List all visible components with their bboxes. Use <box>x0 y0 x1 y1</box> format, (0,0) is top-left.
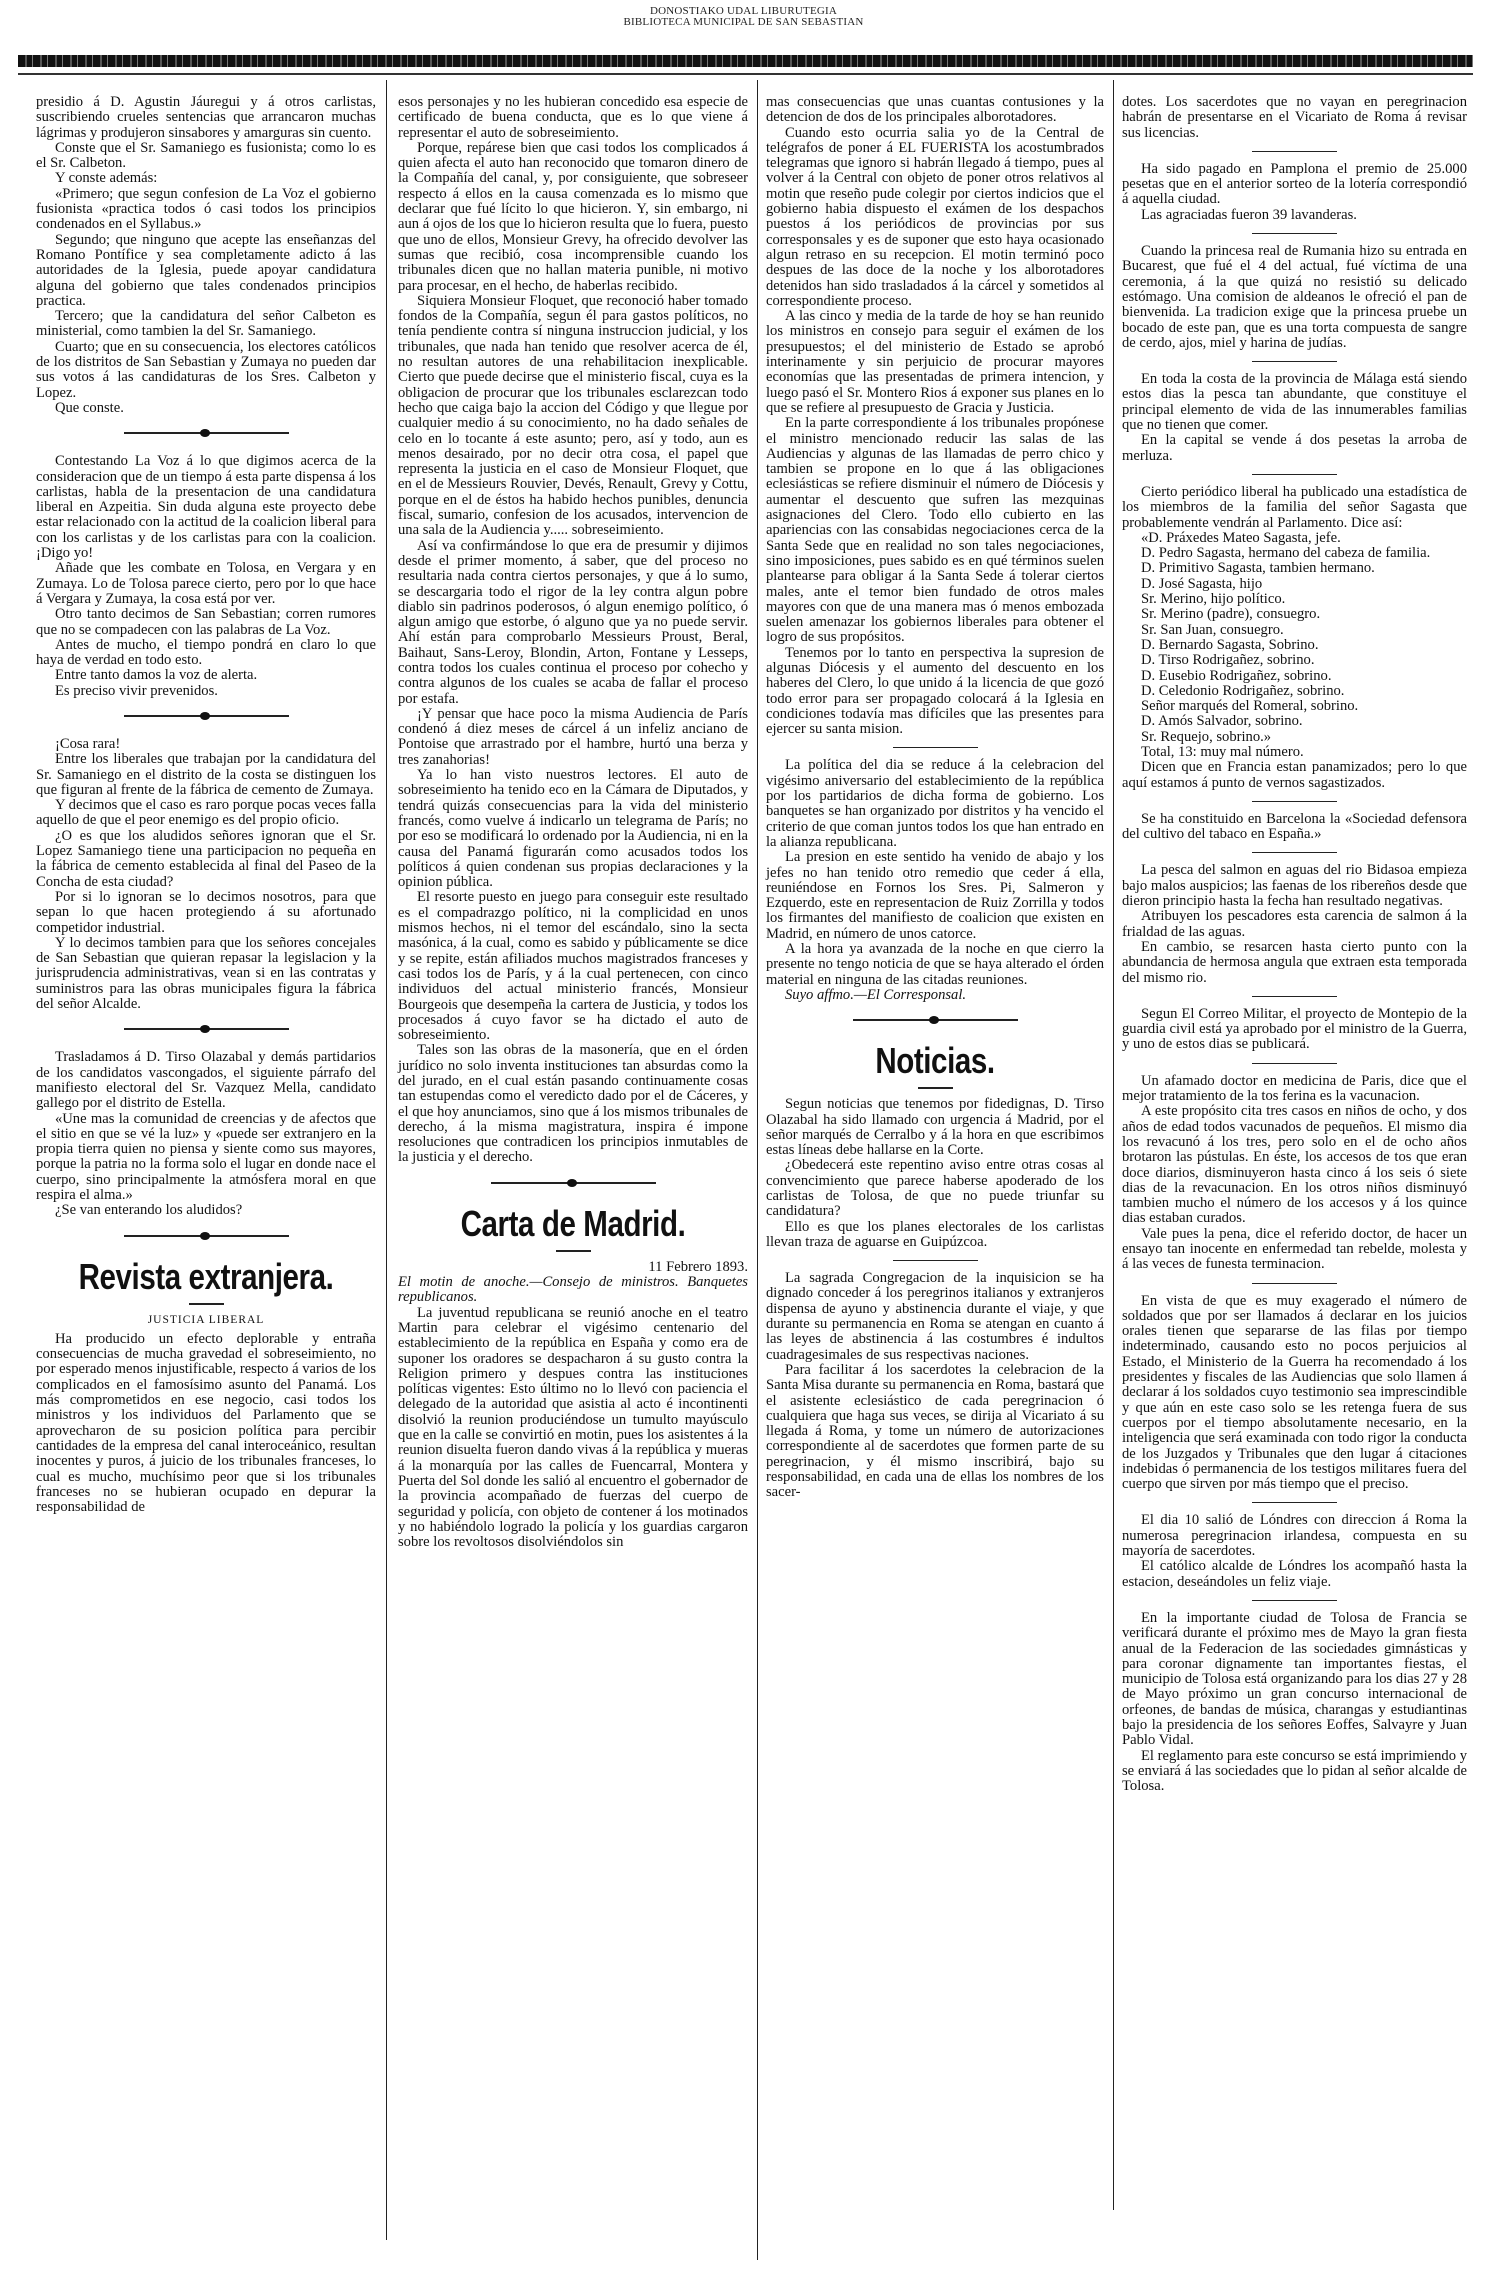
column-2: esos personajes y no les hubieran conced… <box>398 95 748 1550</box>
column-divider-2 <box>757 80 758 2260</box>
column-divider-1 <box>386 80 387 2240</box>
news-paragraph: En toda la costa de la provincia de Mála… <box>1122 372 1467 433</box>
news-paragraph: ¿Obedecerá este repentino aviso entre ot… <box>766 1158 1104 1219</box>
ornamental-divider <box>124 1028 289 1030</box>
article-paragraph: presidio á D. Agustin Jáuregui y á otros… <box>36 95 376 141</box>
library-stamp-spanish: BIBLIOTECA MUNICIPAL DE SAN SEBASTIAN <box>0 17 1487 28</box>
article-paragraph: Siquiera Monsieur Floquet, que reconoció… <box>398 294 748 539</box>
article-paragraph: A la hora ya avanzada de la noche en que… <box>766 942 1104 988</box>
news-paragraph: Ha sido pagado en Pamplona el premio de … <box>1122 162 1467 208</box>
family-list-item: Sr. San Juan, consuegro. <box>1122 623 1467 638</box>
news-paragraph: En la capital se vende á dos pesetas la … <box>1122 433 1467 464</box>
article-paragraph: Contestando La Voz á lo que digimos acer… <box>36 454 376 561</box>
column-4: dotes. Los sacerdotes que no vayan en pe… <box>1122 95 1467 1795</box>
rule-divider <box>1252 1600 1337 1601</box>
column-1: presidio á D. Agustin Jáuregui y á otros… <box>36 95 376 1515</box>
news-paragraph: Cierto periódico liberal ha publicado un… <box>1122 485 1467 531</box>
news-paragraph: El reglamento para este concurso se está… <box>1122 1749 1467 1795</box>
rule-divider <box>1252 151 1337 152</box>
article-paragraph: Cuando esto ocurria salia yo de la Centr… <box>766 126 1104 310</box>
news-paragraph: Ello es que los planes electorales de lo… <box>766 1220 1104 1251</box>
news-paragraph: dotes. Los sacerdotes que no vayan en pe… <box>1122 95 1467 141</box>
article-paragraph: Trasladamos á D. Tirso Olazabal y demás … <box>36 1050 376 1111</box>
family-list-item: D. Bernardo Sagasta, Sobrino. <box>1122 638 1467 653</box>
article-paragraph: Entre tanto damos la voz de alerta. <box>36 668 376 683</box>
rule-divider <box>1252 1063 1337 1064</box>
news-paragraph: El católico alcalde de Lóndres los acomp… <box>1122 1559 1467 1590</box>
news-paragraph: Cuando la princesa real de Rumania hizo … <box>1122 244 1467 351</box>
family-list-item: Sr. Merino (padre), consuegro. <box>1122 607 1467 622</box>
article-paragraph: Y conste además: <box>36 171 376 186</box>
family-list-item: D. Tirso Rodrigañez, sobrino. <box>1122 653 1467 668</box>
section-heading-carta-de-madrid: Carta de Madrid. <box>430 1204 717 1244</box>
article-paragraph: Añade que les combate en Tolosa, en Verg… <box>36 561 376 607</box>
article-paragraph: «Primero; que segun confesion de La Voz … <box>36 187 376 233</box>
letter-signature: Suyo affmo.—El Corresponsal. <box>766 988 1104 1003</box>
section-heading-noticias: Noticias. <box>796 1041 1073 1081</box>
article-paragraph: ¡Y pensar que hace poco la misma Audienc… <box>398 707 748 768</box>
family-list-item: «D. Práxedes Mateo Sagasta, jefe. <box>1122 531 1467 546</box>
family-list-item: D. Celedonio Rodrigañez, sobrino. <box>1122 684 1467 699</box>
ornamental-divider <box>124 432 289 434</box>
article-paragraph: Así va confirmándose lo que era de presu… <box>398 539 748 707</box>
page-header-underline <box>18 73 1473 75</box>
rule-divider <box>1252 233 1337 234</box>
letter-summary: El motin de anoche.—Consejo de ministros… <box>398 1275 748 1306</box>
article-paragraph: mas consecuencias que unas cuantas contu… <box>766 95 1104 126</box>
article-paragraph: Otro tanto decimos de San Sebastian; cor… <box>36 607 376 638</box>
article-paragraph: esos personajes y no les hubieran conced… <box>398 95 748 141</box>
news-paragraph: Segun El Correo Militar, el proyecto de … <box>1122 1007 1467 1053</box>
article-paragraph: La política del dia se reduce á la celeb… <box>766 758 1104 850</box>
ornamental-divider <box>124 715 289 717</box>
news-paragraph: El dia 10 salió de Lóndres con direccion… <box>1122 1513 1467 1559</box>
article-paragraph: Tales son las obras de la masonería, que… <box>398 1043 748 1165</box>
article-paragraph: Tercero; que la candidatura del señor Ca… <box>36 309 376 340</box>
news-paragraph: Dicen que en Francia estan panamizados; … <box>1122 760 1467 791</box>
quotation-paragraph: «Une mas la comunidad de creencias y de … <box>36 1112 376 1204</box>
short-rule <box>189 1303 224 1305</box>
page-header-rule <box>18 55 1473 67</box>
article-paragraph: Conste que el Sr. Samaniego es fusionist… <box>36 141 376 172</box>
news-paragraph: En vista de que es muy exagerado el núme… <box>1122 1294 1467 1493</box>
article-paragraph: Porque, repárese bien que casi todos los… <box>398 141 748 294</box>
article-subheading: JUSTICIA LIBERAL <box>36 1313 376 1328</box>
article-paragraph: Y decimos que el caso es raro porque poc… <box>36 798 376 829</box>
rule-divider <box>1252 801 1337 802</box>
news-paragraph: Segun noticias que tenemos por fidedigna… <box>766 1097 1104 1158</box>
short-rule <box>556 1250 591 1252</box>
news-paragraph: A este propósito cita tres casos en niño… <box>1122 1104 1467 1226</box>
article-paragraph: Ya lo han visto nuestros lectores. El au… <box>398 768 748 890</box>
letter-date: 11 Febrero 1893. <box>398 1260 748 1275</box>
family-list-total: Total, 13: muy mal número. <box>1122 745 1467 760</box>
family-list-item: D. Amós Salvador, sobrino. <box>1122 714 1467 729</box>
news-paragraph: Atribuyen los pescadores esta carencia d… <box>1122 909 1467 940</box>
section-heading-revista-extranjera: Revista extranjera. <box>67 1257 346 1297</box>
article-paragraph: ¿O es que los aludidos señores ignoran q… <box>36 829 376 890</box>
rule-divider <box>1252 1283 1337 1284</box>
news-paragraph: En la importante ciudad de Tolosa de Fra… <box>1122 1611 1467 1749</box>
news-paragraph: Para facilitar á los sacerdotes la celeb… <box>766 1363 1104 1501</box>
article-paragraph: ¡Cosa rara! <box>36 737 376 752</box>
family-list-item: D. Primitivo Sagasta, tambien hermano. <box>1122 561 1467 576</box>
news-paragraph: Un afamado doctor en medicina de Paris, … <box>1122 1074 1467 1105</box>
short-rule <box>918 1087 953 1089</box>
article-paragraph: Que conste. <box>36 401 376 416</box>
article-paragraph: Tenemos por lo tanto en perspectiva la s… <box>766 646 1104 738</box>
rule-divider <box>893 747 978 748</box>
family-list-item: Señor marqués del Romeral, sobrino. <box>1122 699 1467 714</box>
article-paragraph: Entre los liberales que trabajan por la … <box>36 752 376 798</box>
family-list-item: Sr. Requejo, sobrino.» <box>1122 730 1467 745</box>
article-paragraph: Segundo; que ninguno que acepte las ense… <box>36 233 376 309</box>
article-paragraph: Y lo decimos tambien para que los señore… <box>36 936 376 1012</box>
family-list-item: D. Pedro Sagasta, hermano del cabeza de … <box>1122 546 1467 561</box>
ornamental-divider <box>853 1019 1018 1021</box>
news-paragraph: En cambio, se resarcen hasta cierto punt… <box>1122 940 1467 986</box>
article-paragraph: ¿Se van enterando los aludidos? <box>36 1203 376 1218</box>
article-paragraph: El resorte puesto en juego para consegui… <box>398 890 748 1043</box>
rule-divider <box>1252 1502 1337 1503</box>
library-stamp: DONOSTIAKO UDAL LIBURUTEGIA BIBLIOTECA M… <box>0 6 1487 28</box>
rule-divider <box>1252 474 1337 475</box>
ornamental-divider <box>491 1182 656 1184</box>
family-list-item: D. Eusebio Rodrigañez, sobrino. <box>1122 669 1467 684</box>
news-paragraph: Las agraciadas fueron 39 lavanderas. <box>1122 208 1467 223</box>
article-paragraph: En la parte correspondiente á los tribun… <box>766 416 1104 645</box>
news-paragraph: Se ha constituido en Barcelona la «Socie… <box>1122 812 1467 843</box>
rule-divider <box>1252 996 1337 997</box>
article-paragraph: Cuarto; que en su consecuencia, los elec… <box>36 340 376 401</box>
family-list-item: Sr. Merino, hijo político. <box>1122 592 1467 607</box>
rule-divider <box>1252 852 1337 853</box>
article-paragraph: A las cinco y media de la tarde de hoy s… <box>766 309 1104 416</box>
article-paragraph: Antes de mucho, el tiempo pondrá en clar… <box>36 638 376 669</box>
article-paragraph: La juventud republicana se reunió anoche… <box>398 1306 748 1551</box>
rule-divider <box>893 1260 978 1261</box>
news-paragraph: La pesca del salmon en aguas del rio Bid… <box>1122 863 1467 909</box>
news-paragraph: La sagrada Congregacion de la inquisicio… <box>766 1271 1104 1363</box>
article-paragraph: Por si lo ignoran se lo decimos nosotros… <box>36 890 376 936</box>
article-paragraph: Ha producido un efecto deplorable y entr… <box>36 1332 376 1516</box>
column-3: mas consecuencias que unas cuantas contu… <box>766 95 1104 1501</box>
article-paragraph: La presion en este sentido ha venido de … <box>766 850 1104 942</box>
rule-divider <box>1252 361 1337 362</box>
column-divider-3 <box>1113 80 1114 2210</box>
news-paragraph: Vale pues la pena, dice el referido doct… <box>1122 1227 1467 1273</box>
family-list-item: D. José Sagasta, hijo <box>1122 577 1467 592</box>
article-paragraph: Es preciso vivir prevenidos. <box>36 684 376 699</box>
ornamental-divider <box>124 1235 289 1237</box>
